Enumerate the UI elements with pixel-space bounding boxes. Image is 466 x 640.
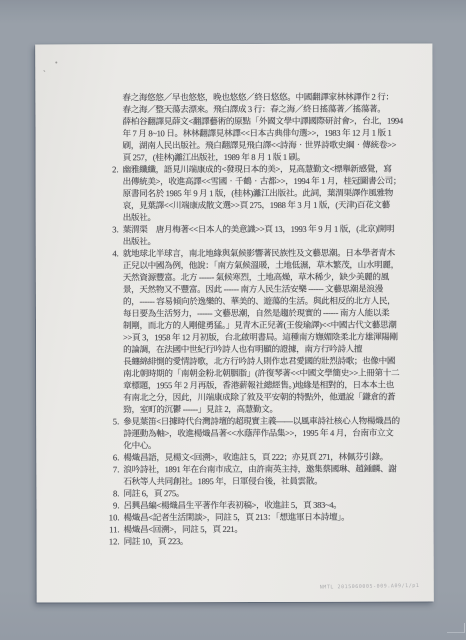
handwritten-catalog-number: NMTL 2015060005-009.A09/1/p1 bbox=[320, 583, 430, 591]
note-item: 4.就地球北半球言，南北地緣與氣候影響著民族性及文藝思潮。日本學者青木正兒以中國… bbox=[105, 247, 405, 416]
note-item: 7.浪吟詩社，1891 年在台南市成立，由許南英主持，邀集蔡國琳、趙鍾麟、謝石秋… bbox=[105, 463, 405, 488]
note-number bbox=[104, 91, 118, 163]
note-item: 2.幽雅纖纖，語見川端康成的<發現日本的美>，見高慧勤文<標舉新感覺，寫出傳統美… bbox=[105, 163, 405, 224]
paper: 春之海悠悠／早也悠悠，晚也悠悠／終日悠悠。中國翻譯家林林譯作 2 行：春之海／整… bbox=[35, 43, 433, 602]
note-item: 3.葉渭渠 唐月梅著<<日本人的美意識>>頁 13，1993 年 9 月 1 版… bbox=[105, 223, 405, 248]
note-line: 就地球北半球言，南北地緣與氣候影響著民族性及文藝思潮。日本學者青木 bbox=[123, 247, 405, 260]
scan-background: 春之海悠悠／早也悠悠，晚也悠悠／終日悠悠。中國翻譯家林林譯作 2 行：春之海／整… bbox=[0, 0, 466, 640]
note-item: 11.楊熾昌<回溯>，同註 5，頁 221。 bbox=[106, 523, 406, 536]
note-line: 章標題，1955 年 2 月再版，香港薪報社總經售。)地緣是相對的，日本本土也 bbox=[123, 379, 405, 392]
note-item: 12.同註 10，頁 223。 bbox=[106, 535, 406, 548]
note-line: 頁 257，(桂林)灕江出版社，1989 年 8 月 1 版 1 刷。 bbox=[123, 151, 405, 164]
note-line: 參見葉笛<日據時代台灣詩壇的超現實主義——以風車詩社核心人物楊熾昌的 bbox=[123, 415, 405, 428]
note-line: 原書同名於 1985 年 9 月 1 版，(桂林)灕江出版社。此詞，葉渭渠譯作風… bbox=[123, 187, 405, 200]
note-line: 的論調，在法國中世紀行吟詩人也有明顯的證據，南方行吟詩人擅 bbox=[123, 343, 405, 356]
note-line: 浪吟詩社，1891 年在台南市成立，由許南英主持，邀集蔡國琳、趙鍾麟、謝 bbox=[123, 463, 405, 476]
note-line: 刷，湖南人民出版社。飛白翻譯見飛白譯<<詩海‧世界詩歌史綱‧傳統卷>> bbox=[123, 139, 405, 152]
note-item: 8.同註 6，頁 275。 bbox=[105, 487, 405, 500]
note-line: 化中心。 bbox=[123, 439, 405, 452]
note-number: 2. bbox=[105, 163, 119, 223]
note-line: 年 7 月 8~10 日。林林翻譯見林譯<<日本古典俳句選>>，1983 年 1… bbox=[122, 127, 404, 140]
note-item: 春之海悠悠／早也悠悠，晚也悠悠／終日悠悠。中國翻譯家林林譯作 2 行：春之海／整… bbox=[104, 91, 404, 164]
note-line: 楊熾昌語，見楊文<回溯>，收進註 5，頁 222；亦見頁 271，林佩芬引錄。 bbox=[123, 451, 405, 464]
note-number: 8. bbox=[105, 487, 119, 499]
note-line: 景，天然物又不豐富。因此 ------ 南方人民生活安樂 ------ 文藝思潮… bbox=[123, 283, 405, 296]
note-line: 詩運動為軸>，收進楊熾昌著<<水蔭萍作品集>>，1995 年 4 月，台南市立文 bbox=[123, 427, 405, 440]
note-number: 7. bbox=[105, 463, 119, 487]
note-line: 制剛，而北方的人剛健勇猛。」見青木正兒著(王俊瑜譯)<<中國古代文藝思潮 bbox=[123, 319, 405, 332]
note-item: 5.參見葉笛<日據時代台灣詩壇的超現實主義——以風車詩社核心人物楊熾昌的詩運動為… bbox=[105, 415, 405, 452]
note-number: 12. bbox=[106, 535, 120, 547]
note-line: 幽雅纖纖，語見川端康成的<發現日本的美>，見高慧勤文<標舉新感覺，寫 bbox=[123, 163, 405, 176]
note-line: 石秋等人共同創社。1895 年，日軍侵台後，社員雲散。 bbox=[123, 475, 405, 488]
note-line: 正兒以中國為例，他說：「南方氣候溫暖，土地低濕，草木繁茂，山水明麗， bbox=[123, 259, 405, 272]
paper-speck bbox=[43, 70, 45, 72]
notes-list: 春之海悠悠／早也悠悠，晚也悠悠／終日悠悠。中國翻譯家林林譯作 2 行：春之海／整… bbox=[104, 91, 405, 548]
note-item: 9.呂興昌編<楊熾昌生平著作年表初稿>，收進註 5，頁 383~4。 bbox=[105, 499, 405, 512]
note-line: 同註 10，頁 223。 bbox=[124, 535, 406, 548]
note-line: 勁，室町的沉鬱 ------」見註 2，高慧勤文。 bbox=[123, 403, 405, 416]
note-number: 6. bbox=[105, 451, 119, 463]
note-number: 9. bbox=[105, 499, 119, 511]
note-line: 出傳統美>，收進高譯<<雪國‧千鶴‧古都>>，1994 年 1 月，桂冠圖書公司… bbox=[123, 175, 405, 188]
note-line: 長纏綿緋惻的愛情詩歌，北方行吟詩人則作忠君愛國的壯烈詩歌；也像中國 bbox=[123, 355, 405, 368]
note-line: 呂興昌編<楊熾昌生平著作年表初稿>，收進註 5，頁 383~4。 bbox=[123, 499, 405, 512]
note-line: 每日要為生活努力，------ 文藝思潮，自然是趨於現實的 ------ 南方人… bbox=[123, 307, 405, 320]
note-line: >>頁 3，1958 年 12 月初版，台北啟明書局。這種南方嫵媚陰柔北方雄渾陽… bbox=[123, 331, 405, 344]
note-line: 哀，見葉譯<<川端康成散文選>>頁 275，1988 年 3 月 1 版，(天津… bbox=[123, 199, 405, 212]
note-line: 楊熾昌<回溯>，同註 5，頁 221。 bbox=[124, 523, 406, 536]
note-number: 4. bbox=[105, 247, 119, 415]
note-number: 3. bbox=[105, 223, 119, 247]
note-line: 薛柏谷翻譯見薛文<翻譯藝術的原點「外國文學中譯國際研討會>，台北，1994 bbox=[122, 115, 404, 128]
note-number: 5. bbox=[105, 415, 119, 451]
note-line: 的，------ 容易傾向於逸樂的、華美的、遊蕩的生活。與此相反的北方人民， bbox=[123, 295, 405, 308]
note-number: 10. bbox=[105, 511, 119, 523]
note-line: 春之海／整天蕩去漂來。飛白譯成 3 行：春之海／終日搖蕩著／搖蕩著。 bbox=[122, 103, 404, 116]
corner-pencil-mark bbox=[447, 623, 465, 633]
note-line: 有南北之分，因此，川端康成除了敘及平安朝的特點外，他還說「鎌倉的蒼 bbox=[123, 391, 405, 404]
note-line: 南北朝時期的「南朝金粉北朝胭脂」(許復琴著<<中國文學簡史>>上冊第十二 bbox=[123, 367, 405, 380]
note-line: 楊熾昌<記者生活閑談>，同註 5，頁 213：「想進軍日本詩壇」。 bbox=[123, 511, 405, 524]
paper-speck bbox=[55, 61, 57, 63]
note-item: 6.楊熾昌語，見楊文<回溯>，收進註 5，頁 222；亦見頁 271，林佩芬引錄… bbox=[105, 451, 405, 464]
note-line: 春之海悠悠／早也悠悠，晚也悠悠／終日悠悠。中國翻譯家林林譯作 2 行： bbox=[122, 91, 404, 104]
note-line: 出版社。 bbox=[123, 211, 405, 224]
note-line: 同註 6，頁 275。 bbox=[123, 487, 405, 500]
note-line: 葉渭渠 唐月梅著<<日本人的美意識>>頁 13，1993 年 9 月 1 版，(… bbox=[123, 223, 405, 236]
note-item: 10.楊熾昌<記者生活閑談>，同註 5，頁 213：「想進軍日本詩壇」。 bbox=[105, 511, 405, 524]
note-line: 天然資源豐富。北方 ------ 氣候寒烈，土地高燥，草木稀少，缺少美麗的風 bbox=[123, 271, 405, 284]
note-line: 出版社。 bbox=[123, 235, 405, 248]
note-number: 11. bbox=[106, 523, 120, 535]
